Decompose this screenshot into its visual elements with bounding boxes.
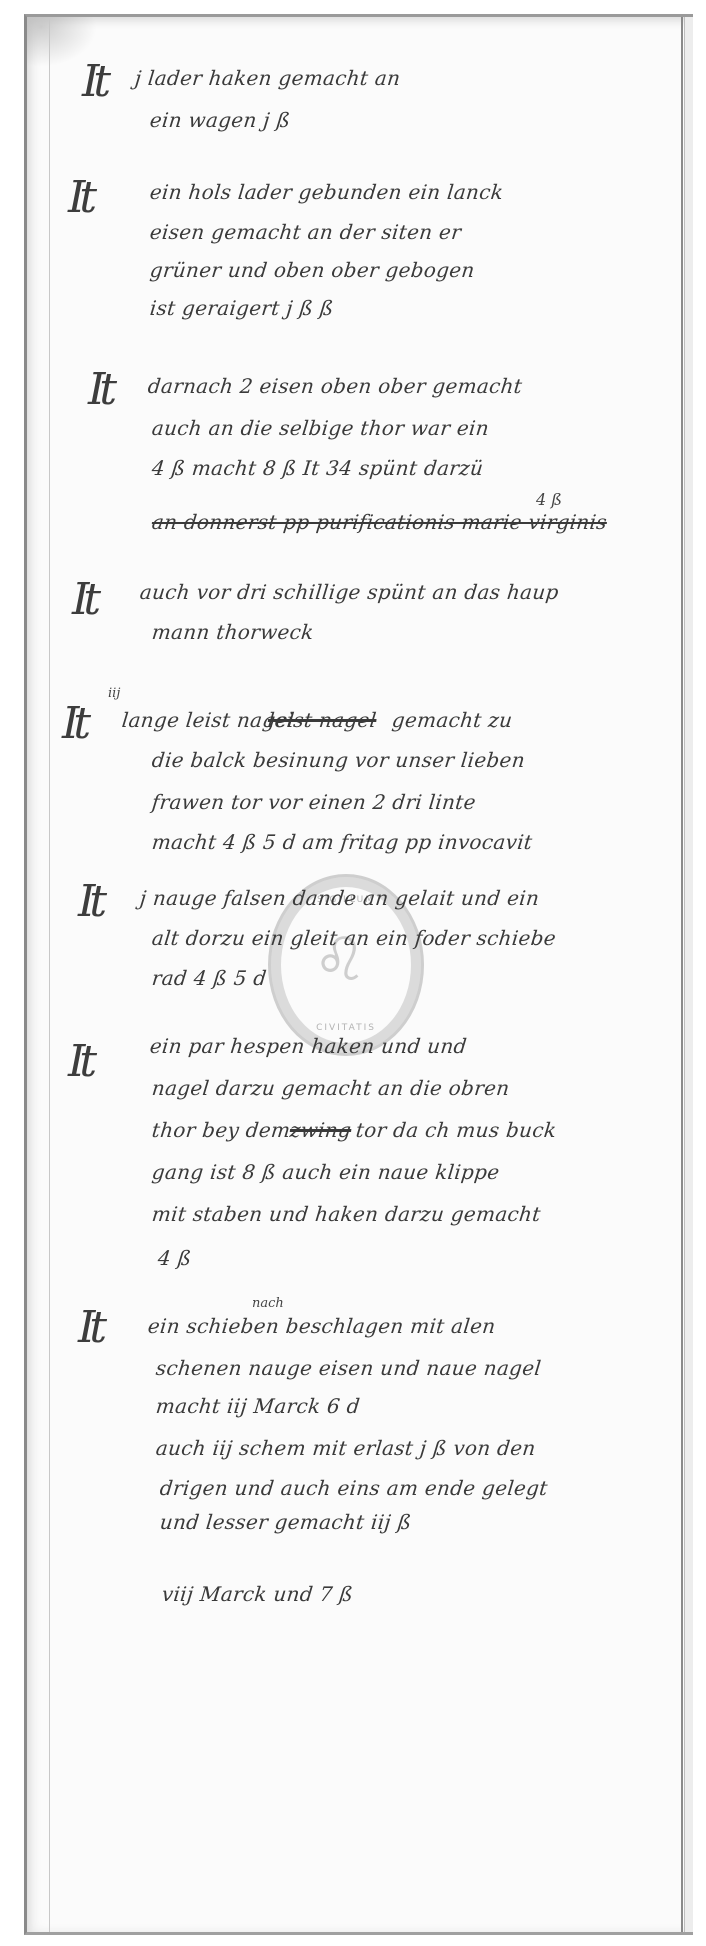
entry-line: tor da ch mus buck — [355, 1118, 558, 1142]
entry-line: ein hols lader gebunden ein lanck — [149, 180, 505, 204]
item-mark: It — [72, 578, 95, 622]
entry-line: ist geraigert j ß ß — [149, 296, 335, 320]
item-mark: It — [78, 880, 101, 924]
entry-line: gang ist 8 ß auch ein naue klippe — [151, 1160, 501, 1184]
item-mark: It — [82, 60, 105, 104]
entry-line: nagel darzu gemacht an die obren — [151, 1076, 511, 1100]
entry-line: alt dorzu ein gleit an ein foder schiebe — [151, 926, 558, 950]
entry-line: eisen gemacht an der siten er — [149, 220, 463, 244]
entry-line: schenen nauge eisen und naue nagel — [155, 1356, 543, 1380]
entry-line-struck: an donnerst pp purificationis marie virg… — [151, 510, 608, 534]
entry-line: grüner und oben ober gebogen — [149, 258, 476, 282]
entry-line: thor bey dem — [151, 1118, 292, 1142]
item-mark: It — [68, 176, 91, 220]
item-mark: It — [68, 1040, 91, 1084]
entry-line: mann thorweck — [151, 620, 315, 644]
page-fold — [681, 17, 683, 1932]
entry-line: j nauge falsen dande an gelait und ein — [139, 886, 541, 910]
margin-amount: 4 ß — [536, 490, 562, 509]
entry-line: macht 4 ß 5 d am fritag pp invocavit — [151, 830, 534, 854]
entry-line: auch iij schem mit erlast j ß von den — [155, 1436, 537, 1460]
entry-line: ein schieben beschlagen mit alen — [147, 1314, 497, 1338]
entry-line: auch vor dri schillige spünt an das haup — [139, 580, 560, 604]
entry-line: mit staben und haken darzu gemacht — [151, 1202, 542, 1226]
binding-edge — [684, 17, 693, 1932]
item-mark: It — [88, 368, 111, 412]
entry-line: die balck besinung vor unser lieben — [151, 748, 527, 772]
margin-line — [49, 17, 50, 1932]
seal-legend-bottom: CIVITATIS — [271, 1023, 421, 1033]
item-mark: It — [62, 702, 85, 746]
superscript-numeral: iij — [108, 686, 120, 701]
entry-line: ein par hespen haken und und — [149, 1034, 468, 1058]
entry-line: rad 4 ß 5 d — [151, 966, 268, 990]
entry-line: gemacht zu — [391, 708, 514, 732]
superscript-note: nach — [252, 1296, 284, 1311]
entry-line: ein wagen j ß — [149, 108, 292, 132]
entry-line: drigen und auch eins am ende gelegt — [159, 1476, 549, 1500]
entry-line: frawen tor vor einen 2 dri linte — [151, 790, 477, 814]
entry-struck-text: zwing — [289, 1118, 353, 1142]
entry-line: 4 ß macht 8 ß It 34 spünt darzü — [151, 456, 485, 480]
entry-line: darnach 2 eisen oben ober gemacht — [147, 374, 524, 398]
entry-amount: 4 ß — [157, 1246, 193, 1270]
page-total: viij Marck und 7 ß — [161, 1582, 355, 1606]
entry-struck-text: leist nagel — [267, 708, 378, 732]
entry-line: j lader haken gemacht an — [134, 66, 402, 90]
entry-line: macht iij Marck 6 d — [155, 1394, 361, 1418]
entry-line: und lesser gemacht iij ß — [159, 1510, 413, 1534]
item-mark: It — [78, 1306, 101, 1350]
entry-line: auch an die selbige thor war ein — [151, 416, 491, 440]
